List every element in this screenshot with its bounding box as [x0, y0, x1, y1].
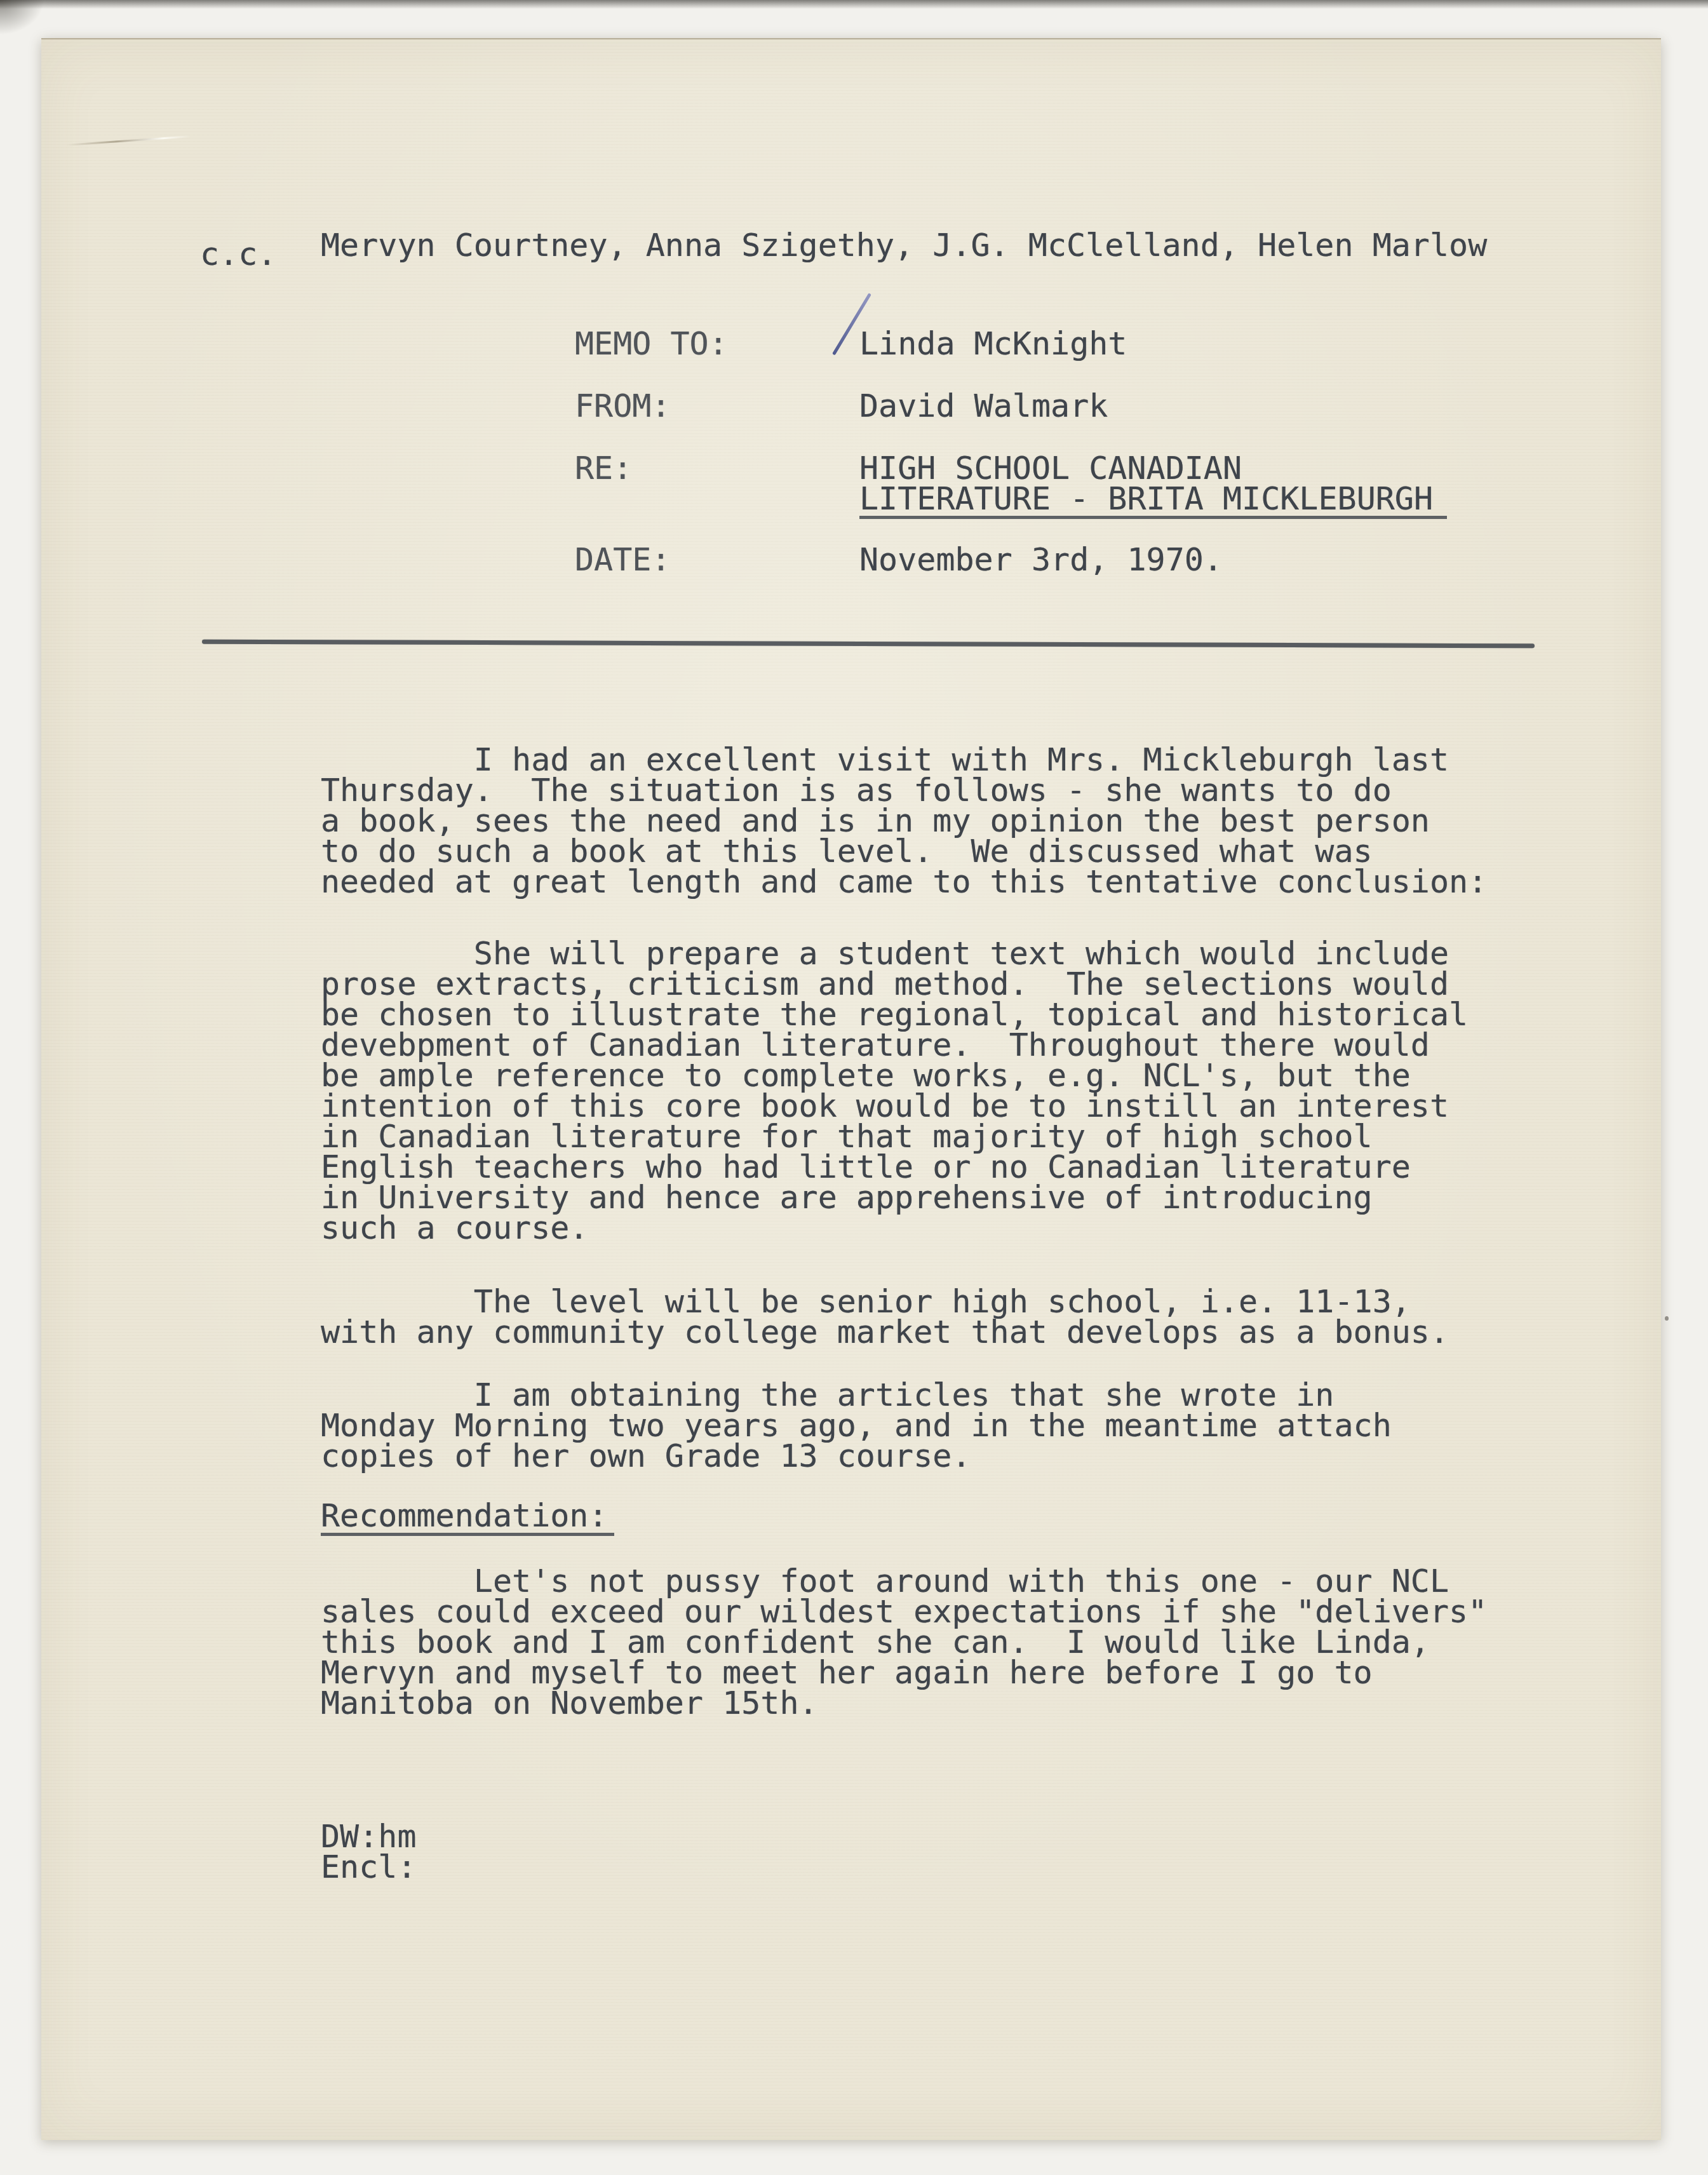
- paragraph-3: The level will be senior high school, i.…: [321, 1286, 1449, 1347]
- paragraph-5: Let's not pussy foot around with this on…: [321, 1566, 1487, 1718]
- re-subject-underlined-text: LITERATURE - BRITA MICKLEBURGH: [859, 483, 1447, 519]
- re-label: RE:: [575, 453, 632, 483]
- re-subject-line-2: LITERATURE - BRITA MICKLEBURGH: [859, 483, 1447, 519]
- closing-initials-block: DW:hm Encl:: [321, 1821, 417, 1882]
- cc-label: c.c.: [200, 239, 276, 269]
- scan-corner-smudge: [0, 0, 44, 35]
- paper-speck: [1665, 1316, 1669, 1321]
- date-value: November 3rd, 1970.: [859, 544, 1223, 575]
- from-label: FROM:: [575, 391, 671, 421]
- cc-names: Mervyn Courtney, Anna Szigethy, J.G. McC…: [321, 230, 1487, 260]
- scanner-edge-shadow: [0, 0, 1708, 9]
- scan-background: c.c. Mervyn Courtney, Anna Szigethy, J.G…: [0, 0, 1708, 2175]
- memo-to-label: MEMO TO:: [575, 328, 728, 359]
- date-label: DATE:: [575, 544, 671, 575]
- from-value: David Walmark: [859, 391, 1108, 421]
- paragraph-2: She will prepare a student text which wo…: [321, 938, 1468, 1243]
- paragraph-1: I had an excellent visit with Mrs. Mickl…: [321, 744, 1487, 897]
- paragraph-4: I am obtaining the articles that she wro…: [321, 1380, 1392, 1471]
- paper-crease-mark: [67, 135, 191, 146]
- re-subject-line-1: HIGH SCHOOL CANADIAN: [859, 453, 1242, 483]
- header-divider-rule: [202, 640, 1535, 649]
- memo-to-value: Linda McKnight: [859, 328, 1127, 359]
- memo-paper: c.c. Mervyn Courtney, Anna Szigethy, J.G…: [41, 38, 1661, 2140]
- recommendation-heading-row: Recommendation:: [321, 1500, 614, 1536]
- recommendation-heading: Recommendation:: [321, 1500, 614, 1536]
